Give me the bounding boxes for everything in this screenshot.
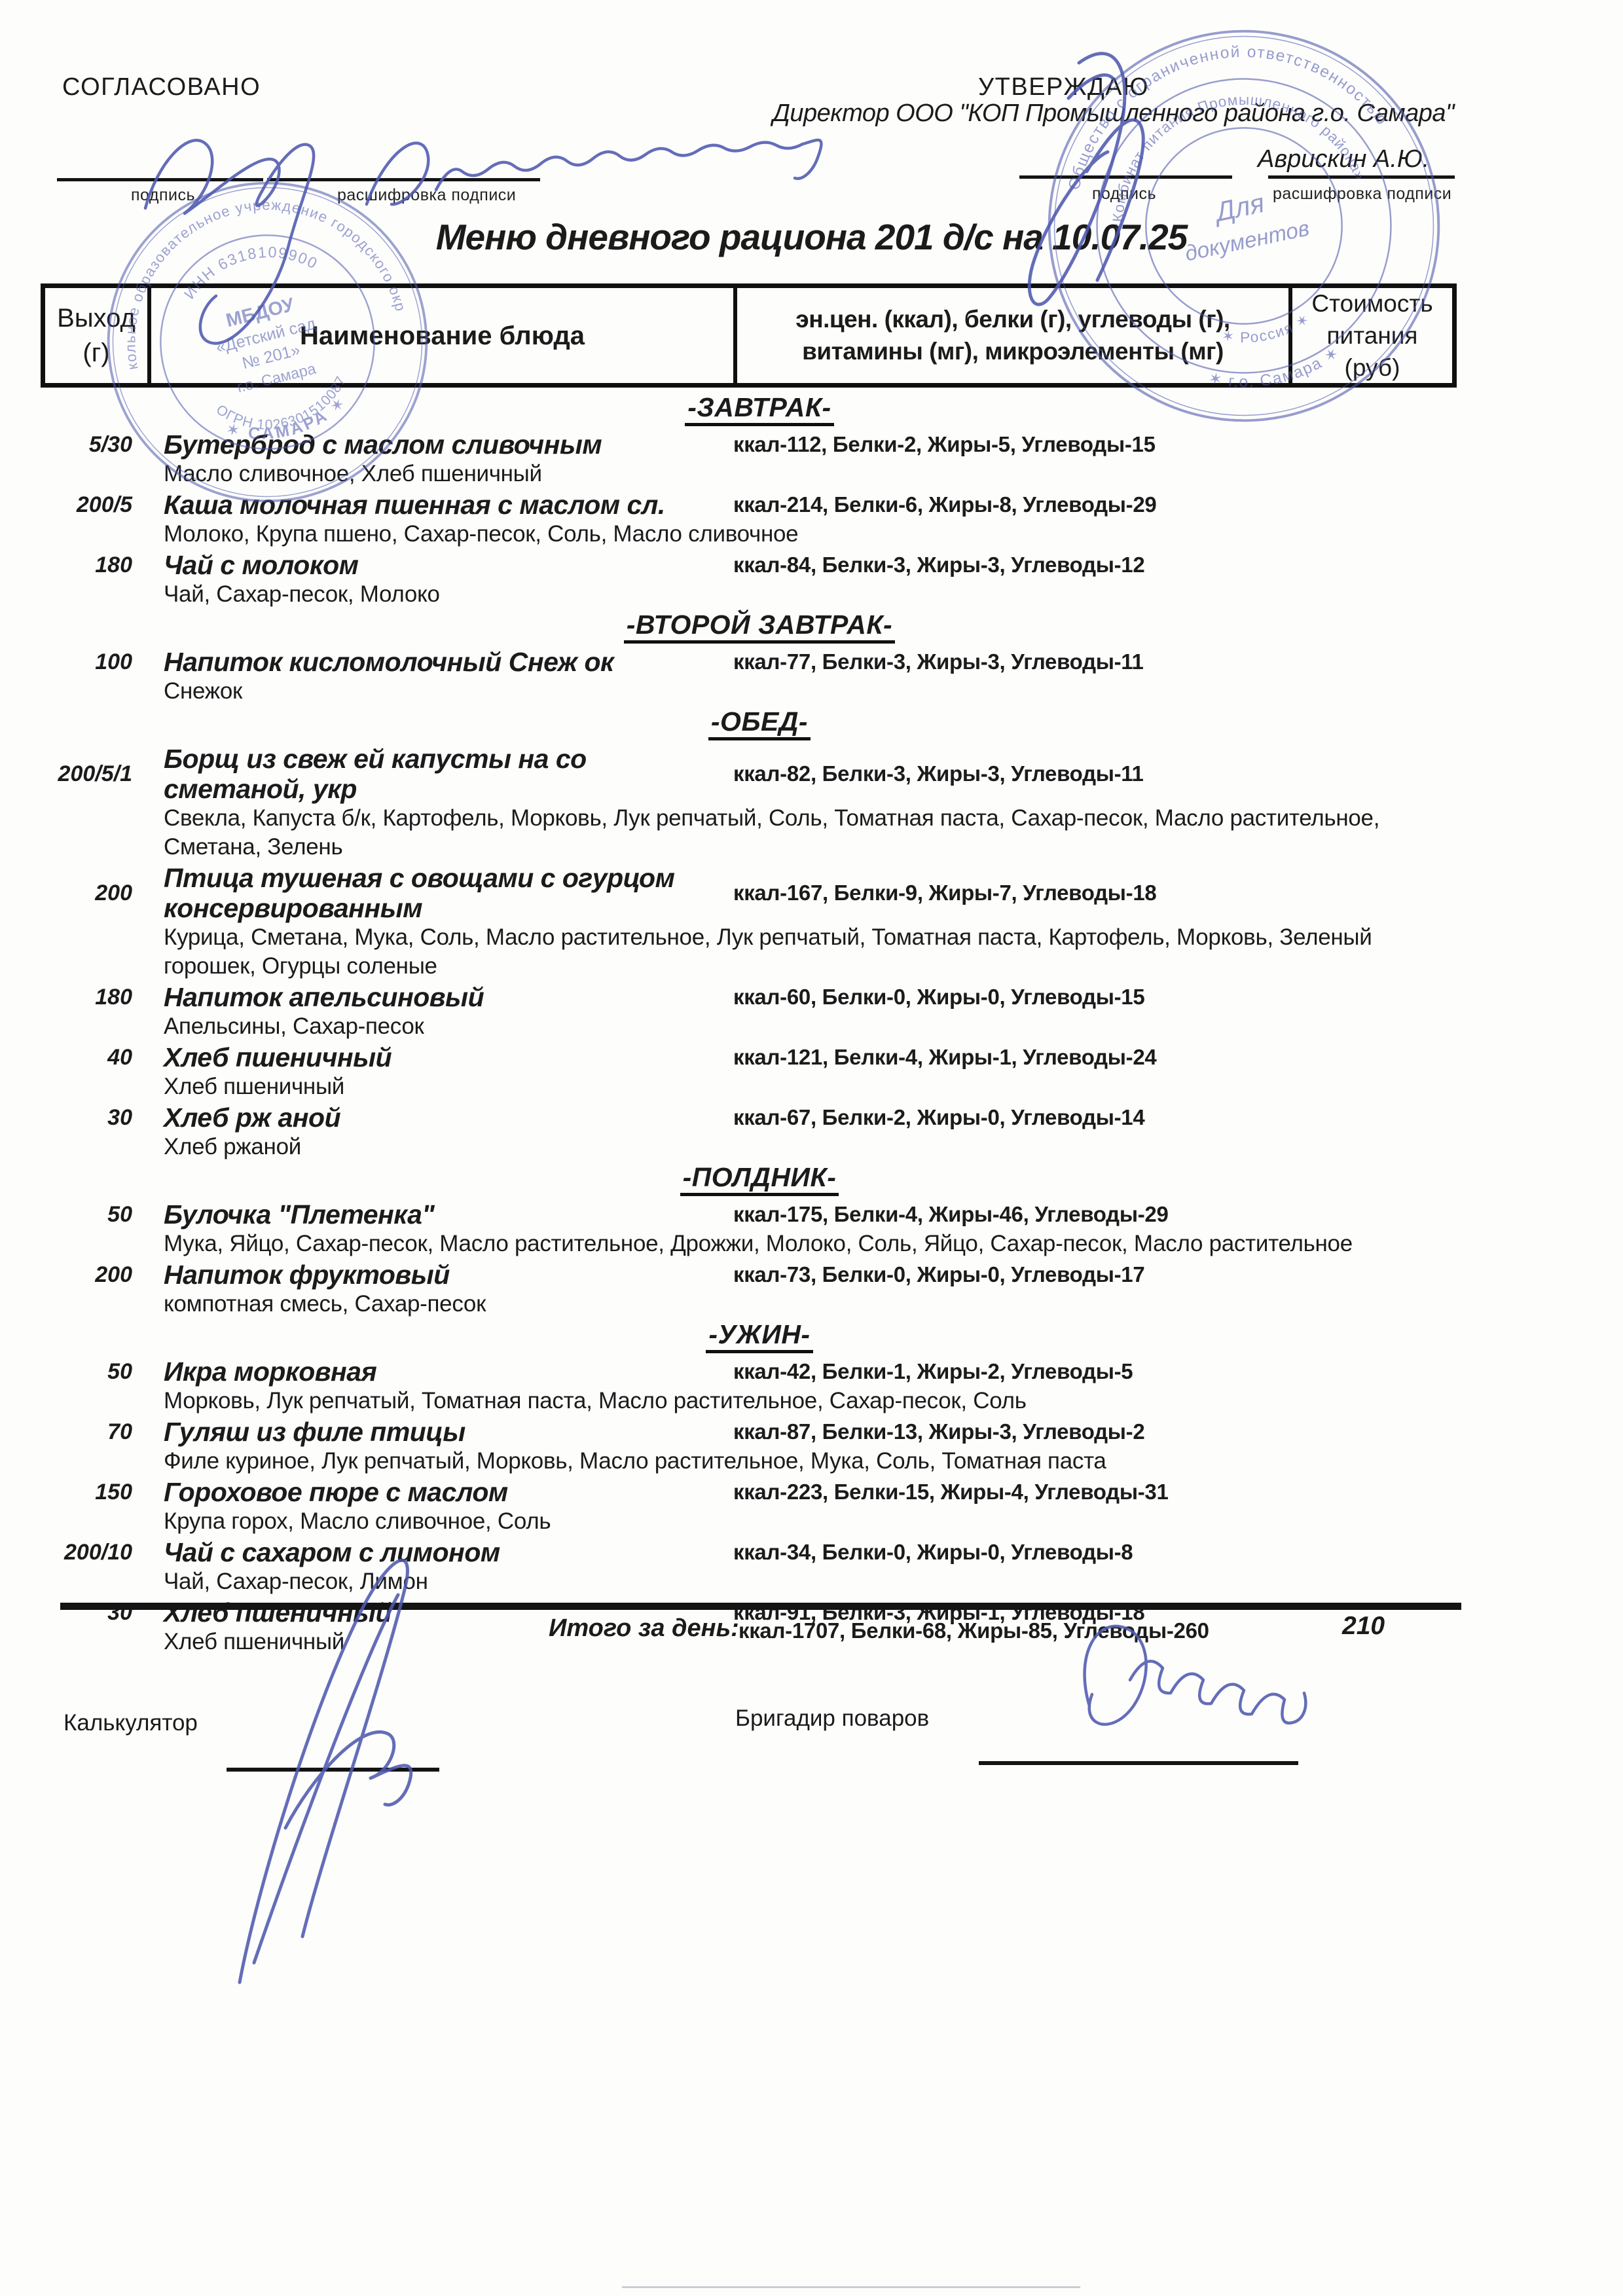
portion-value: 50	[26, 1359, 136, 1385]
portion-value: 200	[26, 1262, 136, 1288]
ingredients-line: Крупа горох, Масло сливочное, Соль	[136, 1507, 1493, 1536]
nutrition-values: ккал-223, Белки-15, Жиры-4, Углеводы-31	[712, 1477, 1493, 1507]
ingredients-line: Курица, Сметана, Мука, Соль, Масло расти…	[136, 923, 1493, 981]
section-header-lunch: -ОБЕД-	[26, 707, 1493, 742]
ingredients-line: Хлеб ржаной	[136, 1133, 1493, 1161]
ingredients-line: Снежок	[136, 677, 1493, 706]
signature-line	[979, 1761, 1298, 1765]
portion-value: 5/30	[26, 432, 136, 458]
calculator-label: Калькулятор	[64, 1710, 198, 1736]
portion-value: 200	[26, 881, 136, 906]
signature-line	[1268, 175, 1455, 179]
section-header-snack: -ПОЛДНИК-	[26, 1163, 1493, 1198]
dish-name: Напиток апельсиновый	[136, 982, 712, 1012]
totals-values: ккал-1707, Белки-68, Жиры-85, Углеводы-2…	[739, 1618, 1209, 1643]
dish-name: Булочка "Плетенка"	[136, 1199, 712, 1230]
ingredients-line: Апельсины, Сахар-песок	[136, 1012, 1493, 1041]
nutrition-values: ккал-67, Белки-2, Жиры-0, Углеводы-14	[712, 1102, 1493, 1133]
dish-name: Каша молочная пшенная с маслом сл.	[136, 490, 712, 520]
ingredients-line: Мука, Яйцо, Сахар-песок, Масло раститель…	[136, 1230, 1493, 1258]
dish-name: Напиток фруктовый	[136, 1260, 712, 1290]
dish-name: Икра морковная	[136, 1357, 712, 1387]
nutrition-values: ккал-60, Белки-0, Жиры-0, Углеводы-15	[712, 982, 1493, 1012]
decryption-caption: расшифровка подписи	[1273, 185, 1451, 204]
menu-item: 5/30 Бутерброд с маслом сливочным ккал-1…	[26, 429, 1493, 488]
menu-item: 180 Напиток апельсиновый ккал-60, Белки-…	[26, 982, 1493, 1041]
scan-artifact-line	[622, 2286, 1080, 2288]
nutrition-values: ккал-34, Белки-0, Жиры-0, Углеводы-8	[712, 1537, 1493, 1567]
dish-name: Хлеб пшеничный	[136, 1042, 712, 1072]
menu-item: 70 Гуляш из филе птицы ккал-87, Белки-13…	[26, 1417, 1493, 1476]
section-header-breakfast: -ЗАВТРАК-	[26, 393, 1493, 428]
menu-item: 200/5/1 Борщ из свеж ей капусты на со см…	[26, 744, 1493, 862]
menu-item: 200/10 Чай с сахаром с лимоном ккал-34, …	[26, 1537, 1493, 1596]
signature-line	[227, 1768, 439, 1772]
menu-item: 150 Гороховое пюре с маслом ккал-223, Бе…	[26, 1477, 1493, 1536]
ingredients-line: Чай, Сахар-песок, Лимон	[136, 1567, 1493, 1596]
ingredients-line: компотная смесь, Сахар-песок	[136, 1290, 1493, 1319]
ingredients-line: Свекла, Капуста б/к, Картофель, Морковь,…	[136, 804, 1493, 862]
nutrition-values: ккал-77, Белки-3, Жиры-3, Углеводы-11	[712, 647, 1493, 677]
dish-name: Чай с сахаром с лимоном	[136, 1537, 712, 1567]
portion-value: 40	[26, 1045, 136, 1070]
nutrition-values: ккал-167, Белки-9, Жиры-7, Углеводы-18	[712, 878, 1493, 908]
portion-value: 200/10	[26, 1540, 136, 1565]
ingredients-line: Морковь, Лук репчатый, Томатная паста, М…	[136, 1387, 1493, 1415]
dish-name: Птица тушеная с овощами с огурцом консер…	[136, 863, 712, 923]
signature-line	[57, 178, 263, 181]
portion-value: 100	[26, 649, 136, 675]
section-header-second-breakfast: -ВТОРОЙ ЗАВТРАК-	[26, 610, 1493, 646]
approved-label: УТВЕРЖДАЮ	[978, 73, 1149, 101]
menu-item: 100 Напиток кисломолочный Снеж ок ккал-7…	[26, 647, 1493, 706]
portion-value: 180	[26, 553, 136, 578]
agreed-label: СОГЛАСОВАНО	[62, 73, 261, 101]
nutrition-values: ккал-84, Белки-3, Жиры-3, Углеводы-12	[712, 550, 1493, 580]
ingredients-line: Хлеб пшеничный	[136, 1072, 1493, 1101]
nutrition-values: ккал-214, Белки-6, Жиры-8, Углеводы-29	[712, 490, 1493, 520]
dish-name: Гороховое пюре с маслом	[136, 1477, 712, 1507]
nutrition-values: ккал-73, Белки-0, Жиры-0, Углеводы-17	[712, 1260, 1493, 1290]
ingredients-line: Филе куриное, Лук репчатый, Морковь, Мас…	[136, 1447, 1493, 1476]
menu-item: 200 Птица тушеная с овощами с огурцом ко…	[26, 863, 1493, 981]
nutrition-values: ккал-112, Белки-2, Жиры-5, Углеводы-15	[712, 429, 1493, 460]
menu-item: 50 Булочка "Плетенка" ккал-175, Белки-4,…	[26, 1199, 1493, 1258]
column-header-nutrition: эн.цен. (ккал), белки (г), углеводы (г),…	[733, 288, 1288, 384]
dish-name: Бутерброд с маслом сливочным	[136, 429, 712, 460]
totals-cost: 210	[1342, 1612, 1385, 1641]
totals-divider-line	[60, 1603, 1461, 1610]
section-header-dinner: -УЖИН-	[26, 1320, 1493, 1355]
ingredients-line: Масло сливочное, Хлеб пшеничный	[136, 460, 1493, 488]
nutrition-values: ккал-42, Белки-1, Жиры-2, Углеводы-5	[712, 1357, 1493, 1387]
dish-name: Напиток кисломолочный Снеж ок	[136, 647, 712, 677]
dish-name: Гуляш из филе птицы	[136, 1417, 712, 1447]
menu-item: 200 Напиток фруктовый ккал-73, Белки-0, …	[26, 1260, 1493, 1319]
menu-body: -ЗАВТРАК- 5/30 Бутерброд с маслом сливоч…	[26, 392, 1493, 1658]
portion-value: 200/5	[26, 492, 136, 518]
page-title: Меню дневного рациона 201 д/с на 10.07.2…	[0, 216, 1623, 258]
dish-name: Борщ из свеж ей капусты на со сметаной, …	[136, 744, 712, 804]
menu-item: 50 Икра морковная ккал-42, Белки-1, Жиры…	[26, 1357, 1493, 1415]
nutrition-values: ккал-82, Белки-3, Жиры-3, Углеводы-11	[712, 759, 1493, 789]
nutrition-values: ккал-121, Белки-4, Жиры-1, Углеводы-24	[712, 1042, 1493, 1072]
totals-label: Итого за день:	[549, 1614, 739, 1643]
approver-name: Аврискин А.Ю.	[1258, 145, 1429, 173]
menu-item: 200/5 Каша молочная пшенная с маслом сл.…	[26, 490, 1493, 549]
dish-name: Хлеб рж аной	[136, 1102, 712, 1133]
director-line: Директор ООО "КОП Промышленного района г…	[773, 100, 1454, 128]
nutrition-values: ккал-87, Белки-13, Жиры-3, Углеводы-2	[712, 1417, 1493, 1447]
signature-line	[267, 178, 540, 181]
ingredients-line: Чай, Сахар-песок, Молоко	[136, 580, 1493, 609]
brigadier-label: Бригадир поваров	[735, 1705, 929, 1732]
scanned-menu-document: СОГЛАСОВАНО УТВЕРЖДАЮ Директор ООО "КОП …	[0, 0, 1623, 2296]
column-header-dish: Наименование блюда	[147, 288, 733, 384]
portion-value: 180	[26, 985, 136, 1010]
menu-item: 180 Чай с молоком ккал-84, Белки-3, Жиры…	[26, 550, 1493, 609]
signature-line	[1019, 175, 1232, 179]
ingredients-line: Молоко, Крупа пшено, Сахар-песок, Соль, …	[136, 520, 1493, 549]
column-header-cost: Стоимость питания (руб)	[1288, 288, 1452, 384]
signature-caption: подпись	[1092, 185, 1156, 204]
menu-item: 40 Хлеб пшеничный ккал-121, Белки-4, Жир…	[26, 1042, 1493, 1101]
portion-value: 30	[26, 1105, 136, 1131]
portion-value: 70	[26, 1419, 136, 1445]
dish-name: Чай с молоком	[136, 550, 712, 580]
column-header-output: Выход (г)	[45, 288, 147, 384]
decryption-caption: расшифровка подписи	[337, 186, 516, 205]
menu-item: 30 Хлеб рж аной ккал-67, Белки-2, Жиры-0…	[26, 1102, 1493, 1161]
portion-value: 200/5/1	[26, 761, 136, 787]
portion-value: 50	[26, 1202, 136, 1228]
menu-table-header: Выход (г) Наименование блюда эн.цен. (кк…	[41, 283, 1457, 388]
signature-caption: подпись	[131, 186, 195, 205]
nutrition-values: ккал-175, Белки-4, Жиры-46, Углеводы-29	[712, 1199, 1493, 1230]
portion-value: 150	[26, 1480, 136, 1505]
